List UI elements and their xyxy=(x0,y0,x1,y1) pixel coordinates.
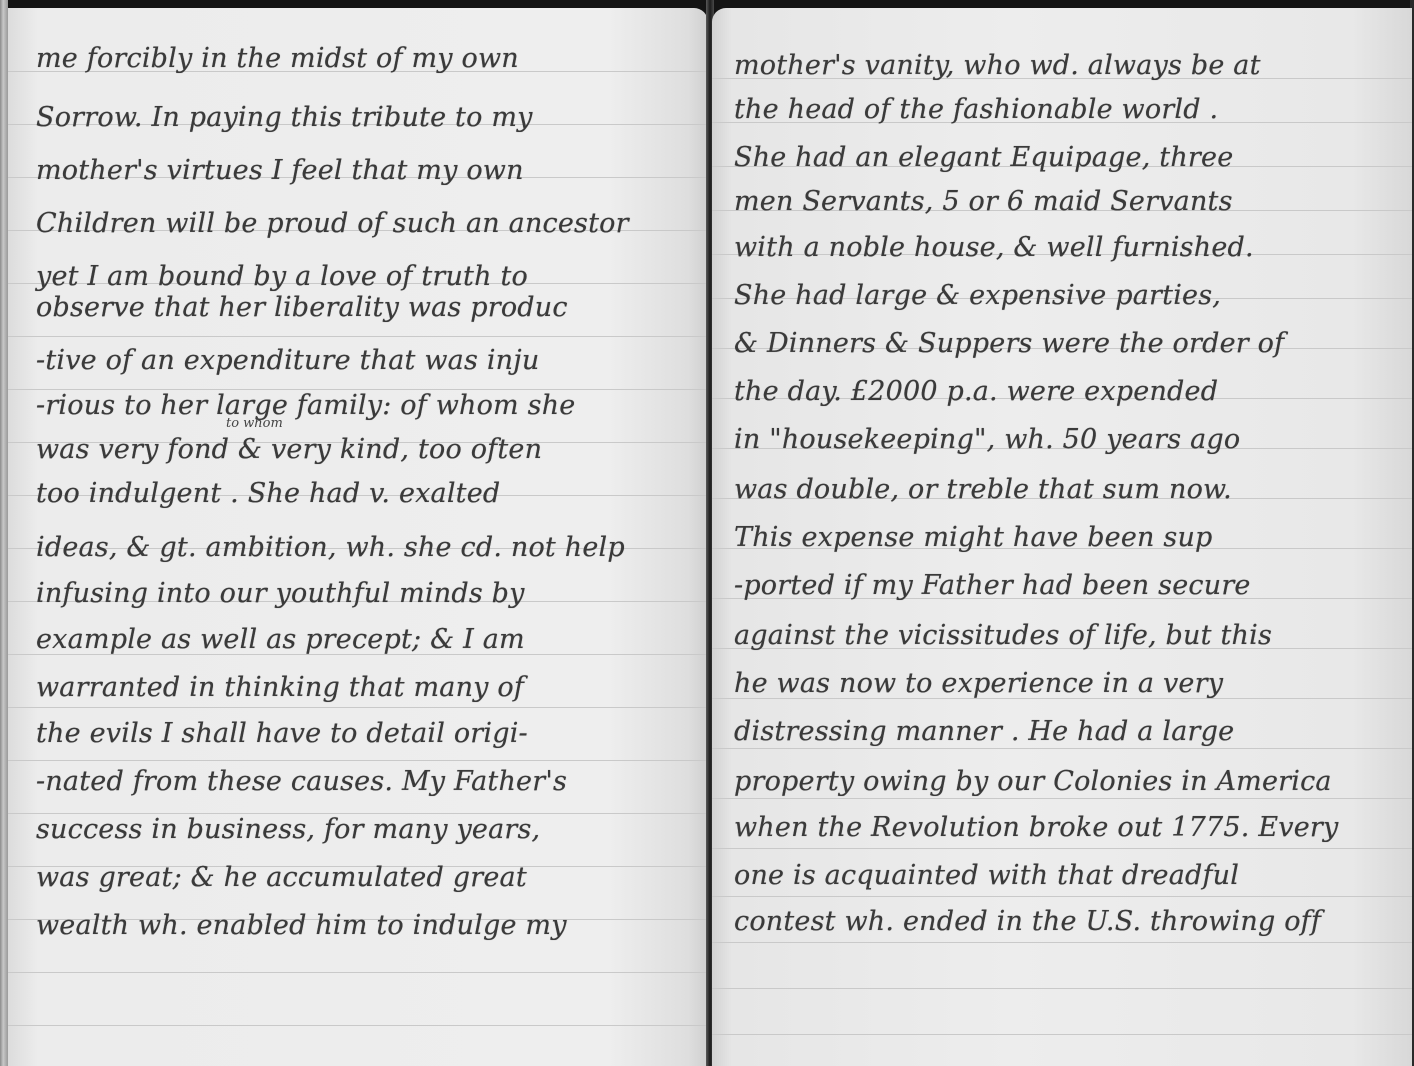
handwritten-line: against the vicissitudes of life, but th… xyxy=(734,616,1272,656)
handwritten-line: success in business, for many years, xyxy=(36,810,540,850)
rule-line xyxy=(8,972,708,973)
handwritten-line: one is acquainted with that dreadful xyxy=(734,856,1239,896)
interlinear-insertion: to whom xyxy=(226,416,283,431)
handwritten-line: ideas, & gt. ambition, wh. she cd. not h… xyxy=(36,528,625,568)
left-page: me forcibly in the midst of my own Sorro… xyxy=(8,8,708,1066)
rule-line xyxy=(712,988,1412,989)
handwritten-line: he was now to experience in a very xyxy=(734,664,1223,704)
handwritten-line: Children will be proud of such an ancest… xyxy=(36,204,629,244)
handwritten-line: when the Revolution broke out 1775. Ever… xyxy=(734,808,1338,848)
handwritten-line: This expense might have been sup xyxy=(734,518,1213,558)
book-edge-left xyxy=(0,0,8,1066)
handwritten-line: She had an elegant Equipage, three xyxy=(734,138,1233,178)
rule-line xyxy=(712,896,1412,897)
handwritten-line: -rious to her large family: of whom she xyxy=(36,386,575,426)
handwritten-line: men Servants, 5 or 6 maid Servants xyxy=(734,182,1233,222)
handwritten-line: -nated from these causes. My Father's xyxy=(36,762,567,802)
handwritten-line: was very fond & very kind, too often xyxy=(36,430,542,470)
handwritten-line: was double, or treble that sum now. xyxy=(734,470,1232,510)
rule-line xyxy=(712,1034,1412,1035)
handwritten-line: Sorrow. In paying this tribute to my xyxy=(36,98,533,138)
handwritten-line: infusing into our youthful minds by xyxy=(36,574,525,614)
handwritten-line: wealth wh. enabled him to indulge my xyxy=(36,906,567,946)
handwritten-line: the day. £2000 p.a. were expended xyxy=(734,372,1218,412)
handwritten-line: observe that her liberality was produc xyxy=(36,288,568,328)
handwritten-line: mother's vanity, who wd. always be at xyxy=(734,46,1261,86)
handwritten-line: the evils I shall have to detail origi- xyxy=(36,714,528,754)
rule-line xyxy=(8,336,708,337)
rule-line xyxy=(8,1025,708,1026)
handwritten-line: & Dinners & Suppers were the order of xyxy=(734,324,1284,364)
right-page: mother's vanity, who wd. always be at th… xyxy=(712,8,1412,1066)
handwritten-line: was great; & he accumulated great xyxy=(36,858,527,898)
handwritten-line: -tive of an expenditure that was inju xyxy=(36,341,539,381)
handwritten-line: the head of the fashionable world . xyxy=(734,90,1218,130)
handwritten-line: warranted in thinking that many of xyxy=(36,668,524,708)
handwritten-line: in "housekeeping", wh. 50 years ago xyxy=(734,420,1240,460)
handwritten-line: with a noble house, & well furnished. xyxy=(734,228,1254,268)
handwritten-line: -ported if my Father had been secure xyxy=(734,566,1251,606)
handwritten-line: She had large & expensive parties, xyxy=(734,276,1221,316)
handwritten-line: contest wh. ended in the U.S. throwing o… xyxy=(734,902,1321,942)
handwritten-line: property owing by our Colonies in Americ… xyxy=(734,762,1332,802)
handwritten-line: distressing manner . He had a large xyxy=(734,712,1234,752)
handwritten-line: mother's virtues I feel that my own xyxy=(36,151,524,191)
rule-line xyxy=(8,760,708,761)
notebook-spread: me forcibly in the midst of my own Sorro… xyxy=(0,0,1414,1066)
handwritten-line: too indulgent . She had v. exalted xyxy=(36,474,500,514)
handwritten-line: example as well as precept; & I am xyxy=(36,620,525,660)
handwritten-line: me forcibly in the midst of my own xyxy=(36,39,519,79)
rule-line xyxy=(712,942,1412,943)
rule-line xyxy=(712,848,1412,849)
